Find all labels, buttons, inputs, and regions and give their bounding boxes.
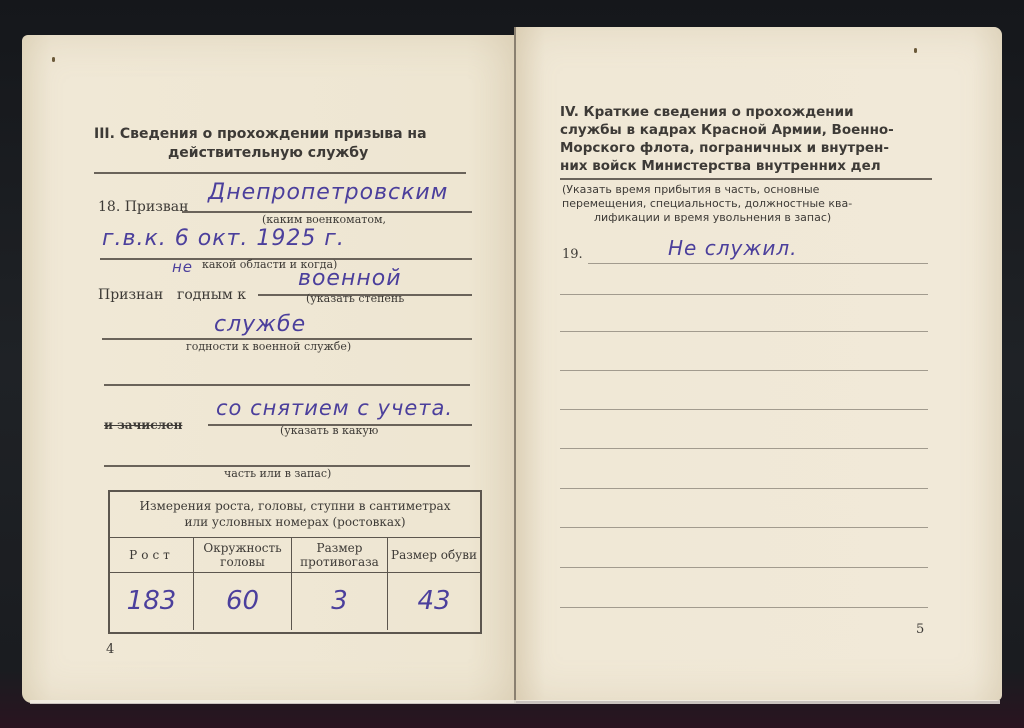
- col-head-circumference-header: Окружность головы: [194, 538, 292, 572]
- fit-label-prefix: Признан: [98, 287, 163, 303]
- section-iii-title-line1: III. Сведения о прохождении призыва на: [94, 126, 427, 142]
- instructions-line1: (Указать время прибытия в часть, основны…: [562, 183, 819, 196]
- instructions-line3: лификации и время увольнения в запас): [594, 211, 831, 224]
- measurements-table: Измерения роста, головы, ступни в сантим…: [108, 490, 482, 634]
- section-iv-title-line1: IV. Краткие сведения о прохождении: [560, 104, 854, 120]
- page-bottom-edge: [30, 700, 1000, 704]
- gasmask-size-value: 3: [292, 572, 388, 630]
- left-page-number: 4: [106, 642, 114, 657]
- fit-value2: службе: [214, 312, 306, 337]
- fit-value: военной: [298, 266, 402, 291]
- item19-label: 19.: [562, 247, 583, 262]
- paper-speck: [52, 57, 55, 62]
- title-rule: [94, 172, 466, 174]
- item18-hint1: (каким военкоматом,: [262, 213, 386, 226]
- section-iv-rule: [560, 178, 932, 180]
- blank-line: [104, 384, 470, 386]
- measurements-title-line2: или условных номерах (ростовках): [110, 514, 480, 530]
- entry-line: [560, 331, 928, 332]
- enrolled-label-struck: и зачислен: [104, 418, 182, 432]
- entry-line: [560, 448, 928, 449]
- item19-value: Не служил.: [668, 236, 797, 260]
- entry-line: [588, 263, 928, 264]
- col-gasmask-size-header: Размер противогаза: [292, 538, 388, 572]
- fit-insert-handwritten: не: [172, 258, 193, 276]
- item18-label: 18. Призван: [98, 199, 188, 215]
- col-shoe-size-header: Размер обуви: [388, 538, 480, 572]
- enrolled-hint1: (указать в какую: [280, 424, 378, 437]
- enrolled-value: со снятием с учета.: [216, 396, 453, 420]
- measurements-values-row: 183 60 3 43: [110, 572, 480, 630]
- entry-line: [560, 370, 928, 371]
- measurements-title-line1: Измерения роста, головы, ступни в сантим…: [110, 498, 480, 514]
- fit-hint1: (указать степень: [306, 292, 404, 305]
- item18-value: Днепропетровским: [208, 180, 448, 205]
- section-iv-title-line4: них войск Министерства внутренних дел: [560, 158, 881, 174]
- shoe-size-value: 43: [388, 572, 480, 630]
- right-page-number: 5: [916, 622, 924, 637]
- entry-line: [560, 527, 928, 528]
- enrolled-hint2: часть или в запас): [224, 467, 331, 480]
- section-iv-title-line3: Морского флота, пограничных и внутрен-: [560, 140, 889, 156]
- entry-line: [560, 488, 928, 489]
- section-iv-title-line2: службы в кадрах Красной Армии, Военно-: [560, 122, 894, 138]
- fit-label-suffix: годным к: [177, 287, 246, 303]
- entry-line: [560, 294, 928, 295]
- head-circumference-value: 60: [194, 572, 292, 630]
- entry-line: [560, 567, 928, 568]
- item18-value2: г.в.к. 6 окт. 1925 г.: [102, 226, 345, 251]
- fit-hint2: годности к военной службе): [186, 340, 351, 353]
- measurements-header-row: Рост Окружность головы Размер противогаз…: [110, 538, 480, 573]
- instructions-line2: перемещения, специальность, должностные …: [562, 197, 852, 210]
- height-value: 183: [110, 572, 194, 630]
- col-height-header: Рост: [110, 538, 194, 572]
- entry-line: [560, 409, 928, 410]
- section-iii-title-line2: действительную службу: [168, 145, 368, 161]
- paper-speck: [914, 48, 917, 53]
- measurements-title: Измерения роста, головы, ступни в сантим…: [110, 492, 480, 538]
- book-spine: [514, 27, 516, 703]
- entry-line: [560, 607, 928, 608]
